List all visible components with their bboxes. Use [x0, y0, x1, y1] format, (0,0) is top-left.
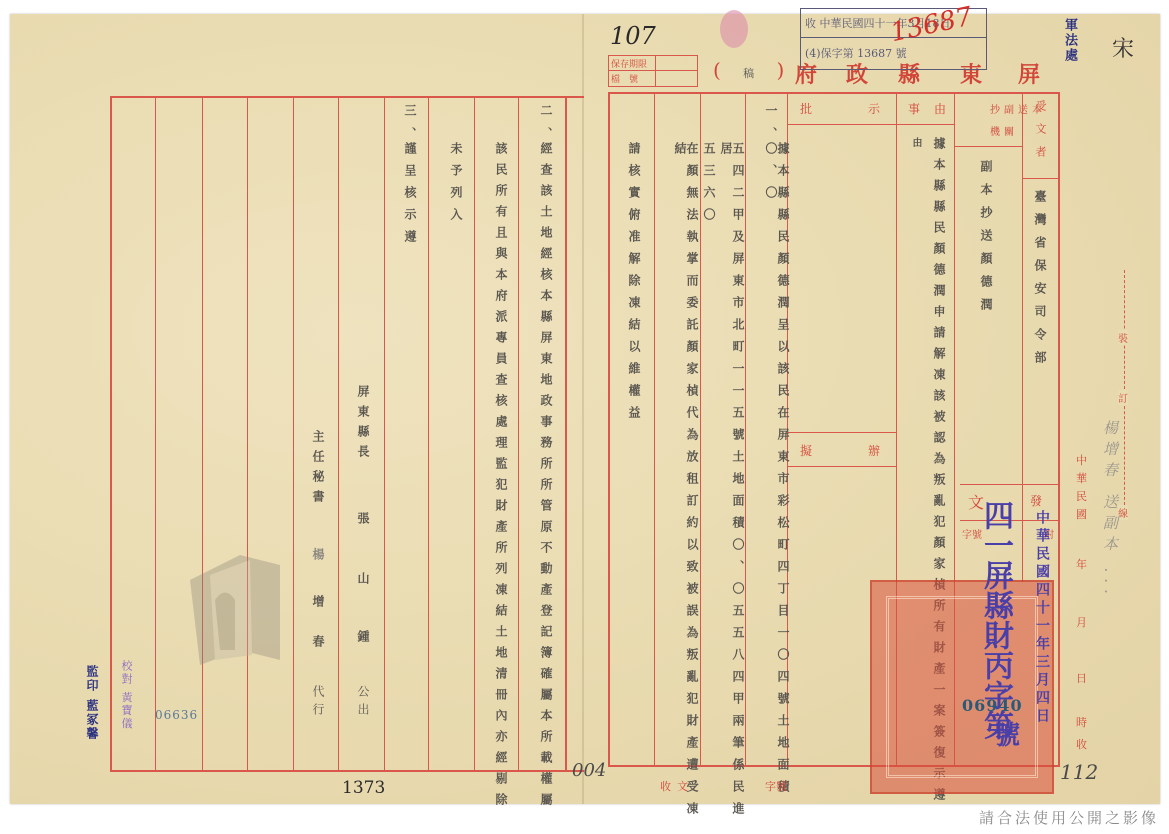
dispatch-send-label: 發	[1030, 492, 1042, 509]
secretary-name-1: 楊	[312, 548, 324, 571]
serial-stamp: 06636	[155, 708, 198, 722]
seal-supervisor-stamp: 監印 藍冢馨	[84, 665, 101, 741]
copy-recipients-value: 副本抄送顏德潤	[980, 160, 992, 321]
secretary-suffix: 代行	[312, 685, 324, 721]
item-1-line-2b: 五三六〇	[703, 142, 715, 230]
dispatch-date-stamp: 中華民國四十一年三月四日	[1032, 510, 1052, 726]
secretary-name-2: 增	[312, 595, 324, 618]
handwritten-top-number: 107	[610, 22, 656, 50]
pink-mark	[720, 10, 748, 48]
retention-box: 保存期限 檔 號	[608, 55, 698, 87]
item-1-line-4: 請核實俯准解除凍結以維權益	[628, 142, 640, 428]
item-1-line-2: 五四二甲及屏東市北町一一五號土地面積〇、〇五五八四甲兩筆係民進居	[720, 142, 744, 834]
secretary-name-3: 春	[312, 635, 324, 658]
magistrate-name-3: 鍾	[357, 630, 369, 653]
magistrate-title: 屏東縣長	[357, 385, 369, 465]
handwritten-bottom-mid: 004	[572, 760, 606, 781]
matter-prefix: 由	[910, 137, 920, 158]
item-2-line-3: 未予列入	[450, 142, 462, 230]
item-3-text: 謹呈核示遵	[404, 142, 416, 252]
book-watermark-icon	[180, 540, 290, 670]
official-seal	[870, 580, 1054, 794]
page-fold	[582, 14, 584, 804]
received-label: 收文	[660, 778, 694, 794]
doc-type-paren: ( 稿 )	[713, 58, 784, 82]
number-label: 字號	[765, 778, 787, 794]
handwritten-right-mark: 宋	[1112, 32, 1134, 63]
handwritten-bottom-right: 112	[1060, 760, 1098, 784]
recipient-value: 臺灣省保安司令部	[1034, 190, 1046, 374]
copy-recipients-label: 抄副送本機關	[990, 100, 1050, 144]
secretary-title: 主任秘書	[312, 430, 324, 510]
magistrate-name-1: 張	[357, 512, 369, 535]
draft-label: 擬辦	[800, 442, 936, 459]
retention-label: 保存期限	[611, 57, 647, 70]
dispatch-ref-number: 06940	[962, 696, 1023, 715]
page-number-left: 1373	[342, 778, 385, 798]
usage-watermark: 請合法使用公開之影像	[979, 807, 1159, 828]
file-number-label: 檔 號	[611, 72, 638, 85]
handwritten-margin-note: 楊增春 送副本 ...	[1100, 420, 1121, 600]
title-char: 屏	[1018, 58, 1040, 89]
magistrate-suffix: 公出	[357, 685, 369, 721]
item-2-line-2: 該民所有且與本府派專員查核處理監犯財產所列凍結土地清冊內亦經剔除	[495, 142, 507, 814]
proofreader-stamp: 校對 黃寶儀	[118, 660, 134, 731]
item-1-line-1: 據本縣縣民顏德潤呈以該民在屏東市彩松町四丁目一〇四號土地面積〇、〇	[765, 142, 789, 834]
instruction-label: 批示	[800, 100, 936, 117]
item-2-line-1: 經查該土地經核本縣屏東地政事務所所管原不動產登記簿確屬本所載權屬	[540, 142, 552, 814]
magistrate-name-2: 山	[357, 572, 369, 595]
receiving-office-note: 軍法處	[1060, 18, 1079, 63]
received-stamp-number: (4)保字第 13687 號	[805, 45, 907, 61]
item-1-line-3: 在顏無法執掌而委託顏家楨代為放租訂約以致被誤為叛亂犯財產遭受凍結	[674, 142, 698, 834]
dispatch-ref-suffix: 號	[994, 715, 1020, 752]
